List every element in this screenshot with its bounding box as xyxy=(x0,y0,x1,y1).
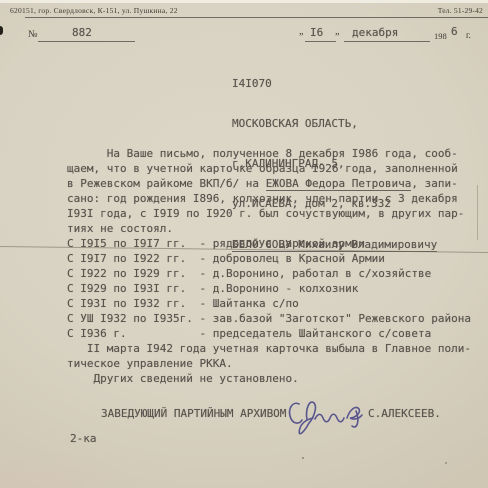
copies-note: 2-ка xyxy=(70,432,97,445)
date-quote-close: „ xyxy=(335,26,339,37)
body-line: С I9I5 по I9I7 гг. - рядовой в царской а… xyxy=(67,236,471,251)
body-text-segment: С I93I по I932 гг. - Шайтанка с/по xyxy=(67,297,299,310)
body-line: На Ваше письмо, полученное 8 декабря I98… xyxy=(67,146,471,161)
ref-number-blank-line xyxy=(38,41,135,42)
body-text-segment: С I922 по I929 гг. - д.Воронино, работал… xyxy=(67,267,431,280)
body-text-segment: сано: год рождения I896, колхозник, член… xyxy=(67,192,458,205)
date-day-blank-line xyxy=(305,41,336,42)
paper-speck xyxy=(302,457,304,459)
body-text: На Ваше письмо, полученное 8 декабря I98… xyxy=(67,146,471,386)
body-text-segment: С I929 по I93I гг. - д.Воронино - колхоз… xyxy=(67,282,358,295)
body-text-segment: II марта I942 года учетная карточка выбы… xyxy=(67,342,471,355)
body-line: сано: год рождения I896, колхозник, член… xyxy=(67,191,471,206)
body-text-segment: в Режевском райкоме ВКП/б/ на xyxy=(67,177,266,190)
body-text-segment: I93I года, с I9I9 по I920 г. был сочуств… xyxy=(67,207,464,220)
body-text-segment: тическое управление РККА. xyxy=(67,357,233,370)
body-text-segment: С I9I5 по I9I7 гг. - рядовой в царской а… xyxy=(67,237,365,250)
date-year-printed: 198 xyxy=(434,31,447,41)
body-text-segment: С I936 г. - председатель Шайтанского с/с… xyxy=(67,327,431,340)
body-line: тиях не состоял. xyxy=(67,221,471,236)
scanned-letter: 620151, гор. Свердловск, К-151, ул. Пушк… xyxy=(0,0,488,488)
body-line: С I922 по I929 гг. - д.Воронино, работал… xyxy=(67,266,471,281)
letterhead-divider-rule xyxy=(25,17,488,18)
body-line: щаем, что в учетной карточке образца I92… xyxy=(67,161,471,176)
body-text-segment: На Ваше письмо, полученное 8 декабря I98… xyxy=(67,147,458,160)
signoff-name: С.АЛЕКСЕЕВ. xyxy=(368,407,441,420)
left-edge-mark xyxy=(0,26,3,35)
body-text-segment: тиях не состоял. xyxy=(67,222,173,235)
date-day: I6 xyxy=(310,26,323,39)
body-line: С I93I по I932 гг. - Шайтанка с/по xyxy=(67,296,471,311)
date-year-suffix: г. xyxy=(466,30,471,40)
body-line: в Режевском райкоме ВКП/б/ на ЕЖОВА Федо… xyxy=(67,176,471,191)
right-crease-mark xyxy=(477,185,478,240)
body-line: Других сведений не установлено. xyxy=(67,371,471,386)
date-month-blank-line xyxy=(344,41,430,42)
signoff-title: ЗАВЕДУЮЩИЙ ПАРТИЙНЫМ АРХИВОМ xyxy=(101,407,286,420)
body-line: тическое управление РККА. xyxy=(67,356,471,371)
body-text-segment: Других сведений не установлено. xyxy=(67,372,299,385)
body-text-segment: С I9I7 по I922 гг. - доброволец в Красно… xyxy=(67,252,385,265)
signature-autograph-icon xyxy=(283,394,378,444)
date-year-typed: 6 xyxy=(451,25,458,38)
ref-number-label: № xyxy=(28,29,38,40)
underlined-name-text: ЕЖОВА Федора Петровича xyxy=(266,177,412,191)
body-line: С I929 по I93I гг. - д.Воронино - колхоз… xyxy=(67,281,471,296)
ref-number-value: 882 xyxy=(72,26,92,39)
paper-edge-highlight xyxy=(0,0,488,3)
body-line: С I9I7 по I922 гг. - доброволец в Красно… xyxy=(67,251,471,266)
date-month: декабря xyxy=(352,26,398,39)
recipient-address-line: МОСКОВСКАЯ ОБЛАСТЬ, xyxy=(232,117,437,131)
body-line: С I936 г. - председатель Шайтанского с/с… xyxy=(67,326,471,341)
paper-speck xyxy=(445,462,447,464)
date-quote-open: „ xyxy=(299,26,303,37)
body-text-segment: щаем, что в учетной карточке образца I92… xyxy=(67,162,458,175)
letterhead-address: 620151, гор. Свердловск, К-151, ул. Пушк… xyxy=(10,6,178,15)
body-line: I93I года, с I9I9 по I920 г. был сочуств… xyxy=(67,206,471,221)
letterhead-phone: Тел. 51-29-42 xyxy=(438,6,483,15)
recipient-postal-code: I4I070 xyxy=(232,77,437,91)
body-text-segment: , запи- xyxy=(411,177,457,190)
body-text-segment: С УШ I932 по I935г. - зав.базой "Заготск… xyxy=(67,312,471,325)
body-line: С УШ I932 по I935г. - зав.базой "Заготск… xyxy=(67,311,471,326)
body-line: II марта I942 года учетная карточка выбы… xyxy=(67,341,471,356)
